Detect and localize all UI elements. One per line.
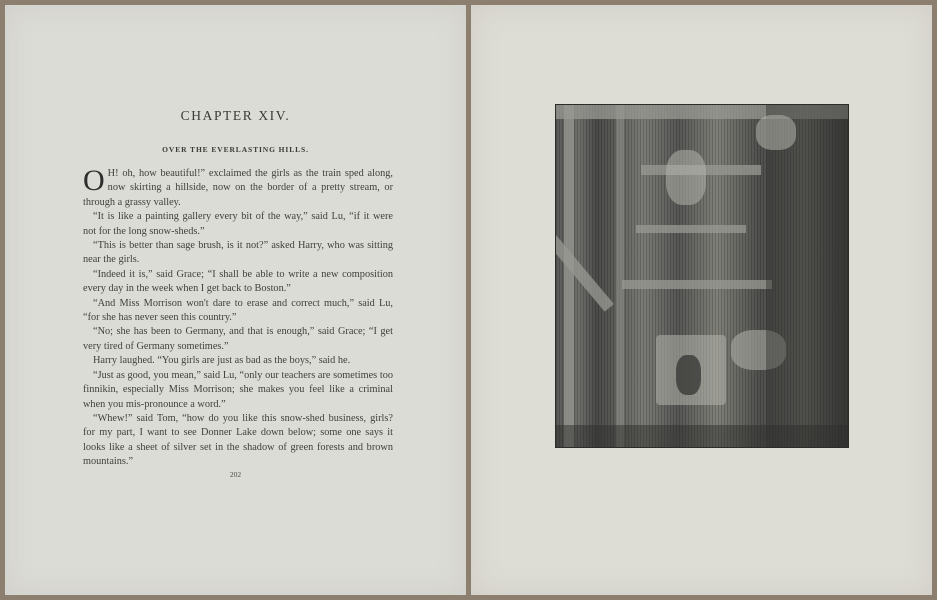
- chapter-subtitle: OVER THE EVERLASTING HILLS.: [5, 145, 466, 154]
- paragraph: “Indeed it is,” said Grace; “I shall be …: [83, 268, 393, 297]
- miner-figure: [676, 355, 701, 395]
- illustration-caption: SILVER MINING.: [832, 248, 839, 307]
- page-number: 202: [5, 470, 466, 479]
- miner-figure: [756, 115, 796, 150]
- left-page: CHAPTER XIV. OVER THE EVERLASTING HILLS.…: [5, 5, 466, 595]
- paragraph: Harry laughed. “You girls are just as ba…: [83, 354, 393, 368]
- paragraph: “No; she has been to Germany, and that i…: [83, 325, 393, 354]
- chapter-title: CHAPTER XIV.: [5, 108, 466, 124]
- mine-floor: [556, 425, 848, 447]
- silver-mining-engraving: [555, 104, 849, 448]
- dropcap: O: [83, 169, 105, 193]
- paragraph: “This is better than sage brush, is it n…: [83, 239, 393, 268]
- paragraph: “Whew!” said Tom, “how do you like this …: [83, 412, 393, 470]
- timber-beam: [622, 280, 772, 289]
- paragraph: OH! oh, how beautiful!” exclaimed the gi…: [83, 167, 393, 210]
- right-page: SILVER MINING.: [471, 5, 932, 595]
- timber-beam: [636, 225, 746, 233]
- miner-figure: [666, 150, 706, 205]
- body-text: OH! oh, how beautiful!” exclaimed the gi…: [83, 167, 393, 470]
- timber-post: [616, 105, 624, 447]
- paragraph: “Just as good, you mean,” said Lu, “only…: [83, 369, 393, 412]
- paragraph: “And Miss Morrison won't dare to erase a…: [83, 297, 393, 326]
- timber-post: [564, 105, 574, 447]
- paragraph: “It is like a painting gallery every bit…: [83, 210, 393, 239]
